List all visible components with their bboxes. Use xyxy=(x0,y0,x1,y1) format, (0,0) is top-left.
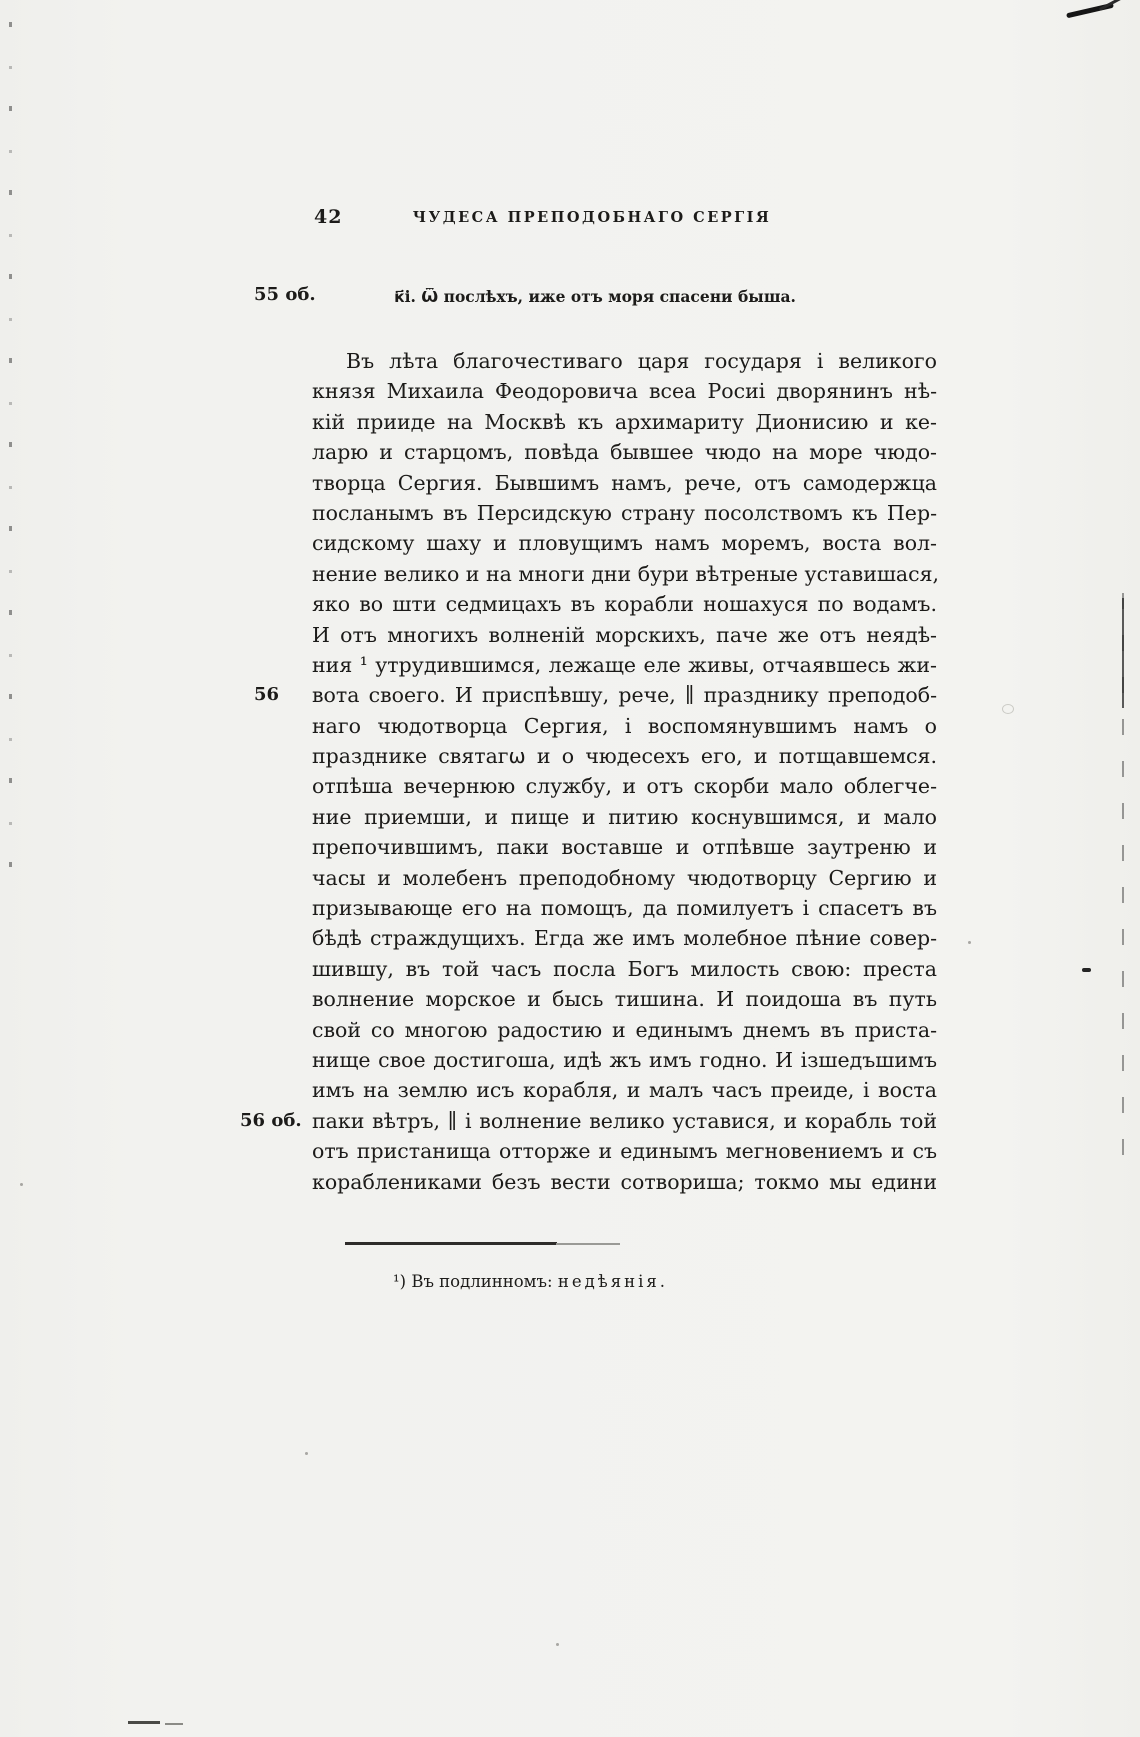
body-text-line: яко во шти седмицахъ въ корабли ношахуся… xyxy=(312,589,937,619)
body-text-line: празднике святагѡ и о чюдесехъ его, и по… xyxy=(312,741,937,771)
body-text-line: шившу, въ той часъ посла Богъ милость св… xyxy=(312,954,937,984)
body-text-line: нение велико и на многи дни бури вѣтрены… xyxy=(312,559,937,589)
scan-artifact-speck xyxy=(968,941,971,944)
body-text-block: Въ лѣта благочестиваго царя государя і в… xyxy=(312,346,937,1197)
body-text-line: имъ на землю исъ корабля, и малъ часъ пр… xyxy=(312,1075,937,1105)
body-text-line: посланымъ въ Персидскую страну посолство… xyxy=(312,498,937,528)
body-text-line: наго чюдотворца Сергия, і воспомянувшимъ… xyxy=(312,711,937,741)
footnote-separator-tail xyxy=(556,1243,620,1245)
folio-marker: 56 об. xyxy=(240,1106,302,1136)
scan-artifact-pen-stroke xyxy=(1099,0,1123,11)
footnote-marker: ¹) xyxy=(393,1272,406,1291)
scan-artifact-edge-line xyxy=(1122,593,1124,1168)
scan-artifact-speck xyxy=(20,1183,23,1186)
scan-artifact-speck xyxy=(556,1643,559,1646)
body-text-line: Въ лѣта благочестиваго царя государя і в… xyxy=(312,346,937,376)
scan-artifact-ring xyxy=(1002,704,1014,714)
body-text-line: И отъ многихъ волненій морскихъ, паче же… xyxy=(312,620,937,650)
footnote: ¹) Въ подлинномъ: недѣянія. xyxy=(393,1272,668,1291)
body-text-line: князя Михаила Феодоровича всеа Росиі дво… xyxy=(312,376,937,406)
scan-artifact-pen-stroke xyxy=(1066,3,1114,19)
body-text-line: часы и молебенъ преподобному чюдотворцу … xyxy=(312,863,937,893)
scan-artifact-bottom-mark xyxy=(128,1721,160,1724)
body-text-line: бѣдѣ страждущихъ. Егда же имъ молебное п… xyxy=(312,923,937,953)
scanned-book-page: 42 ЧУДЕСА ПРЕПОДОБНАГО СЕРГІЯ 55 об. к҃і… xyxy=(0,0,1140,1737)
body-text-line: ния ¹ утрудившимся, лежаще еле живы, отч… xyxy=(312,650,937,680)
scan-artifact-speck xyxy=(305,1452,308,1455)
body-text-line: ние приемши, и пище и питию коснувшимся,… xyxy=(312,802,937,832)
scan-artifact-dash xyxy=(1082,968,1091,972)
body-text-line: отпѣша вечернюю службу, и отъ скорби мал… xyxy=(312,771,937,801)
body-text-line: волнение морское и бысь тишина. И поидош… xyxy=(312,984,937,1014)
body-text-line: свой со многою радостию и единымъ днемъ … xyxy=(312,1015,937,1045)
scan-artifact-bottom-mark xyxy=(165,1723,183,1725)
body-text-line: вота своего. И приспѣвшу, рече, ∥ праздн… xyxy=(312,680,937,710)
scan-artifact-edge-line xyxy=(1122,598,1124,708)
chapter-heading: к҃і. Ѿ послѣхъ, иже отъ моря спасени быш… xyxy=(295,287,895,306)
scan-artifact-binding-dots xyxy=(9,22,12,882)
body-text-line: препочившимъ, паки воставше и отпѣвше за… xyxy=(312,832,937,862)
body-text-line: кораблениками безъ вести сотвориша; токм… xyxy=(312,1167,937,1197)
footnote-word: недѣянія. xyxy=(558,1272,668,1291)
body-text-line: призывающе его на помощъ, да помилуетъ і… xyxy=(312,893,937,923)
footnote-label: Въ подлинномъ: xyxy=(411,1272,552,1291)
body-text-line: творца Сергия. Бывшимъ намъ, рече, отъ с… xyxy=(312,468,937,498)
running-title: ЧУДЕСА ПРЕПОДОБНАГО СЕРГІЯ xyxy=(292,209,892,226)
footnote-separator xyxy=(345,1242,557,1245)
body-text-line: ларю и старцомъ, повѣда бывшее чюдо на м… xyxy=(312,437,937,467)
body-text-line: нище свое достигоша, идѣ жъ имъ годно. И… xyxy=(312,1045,937,1075)
body-text-line: кій прииде на Москвѣ къ архимариту Диони… xyxy=(312,407,937,437)
folio-marker: 56 xyxy=(254,680,279,710)
body-text-line: отъ пристанища отторже и единымъ мегнове… xyxy=(312,1136,937,1166)
body-text-line: сидскому шаху и пловущимъ намъ моремъ, в… xyxy=(312,528,937,558)
body-text-line: паки вѣтръ, ∥ і волнение велико уставися… xyxy=(312,1106,937,1136)
